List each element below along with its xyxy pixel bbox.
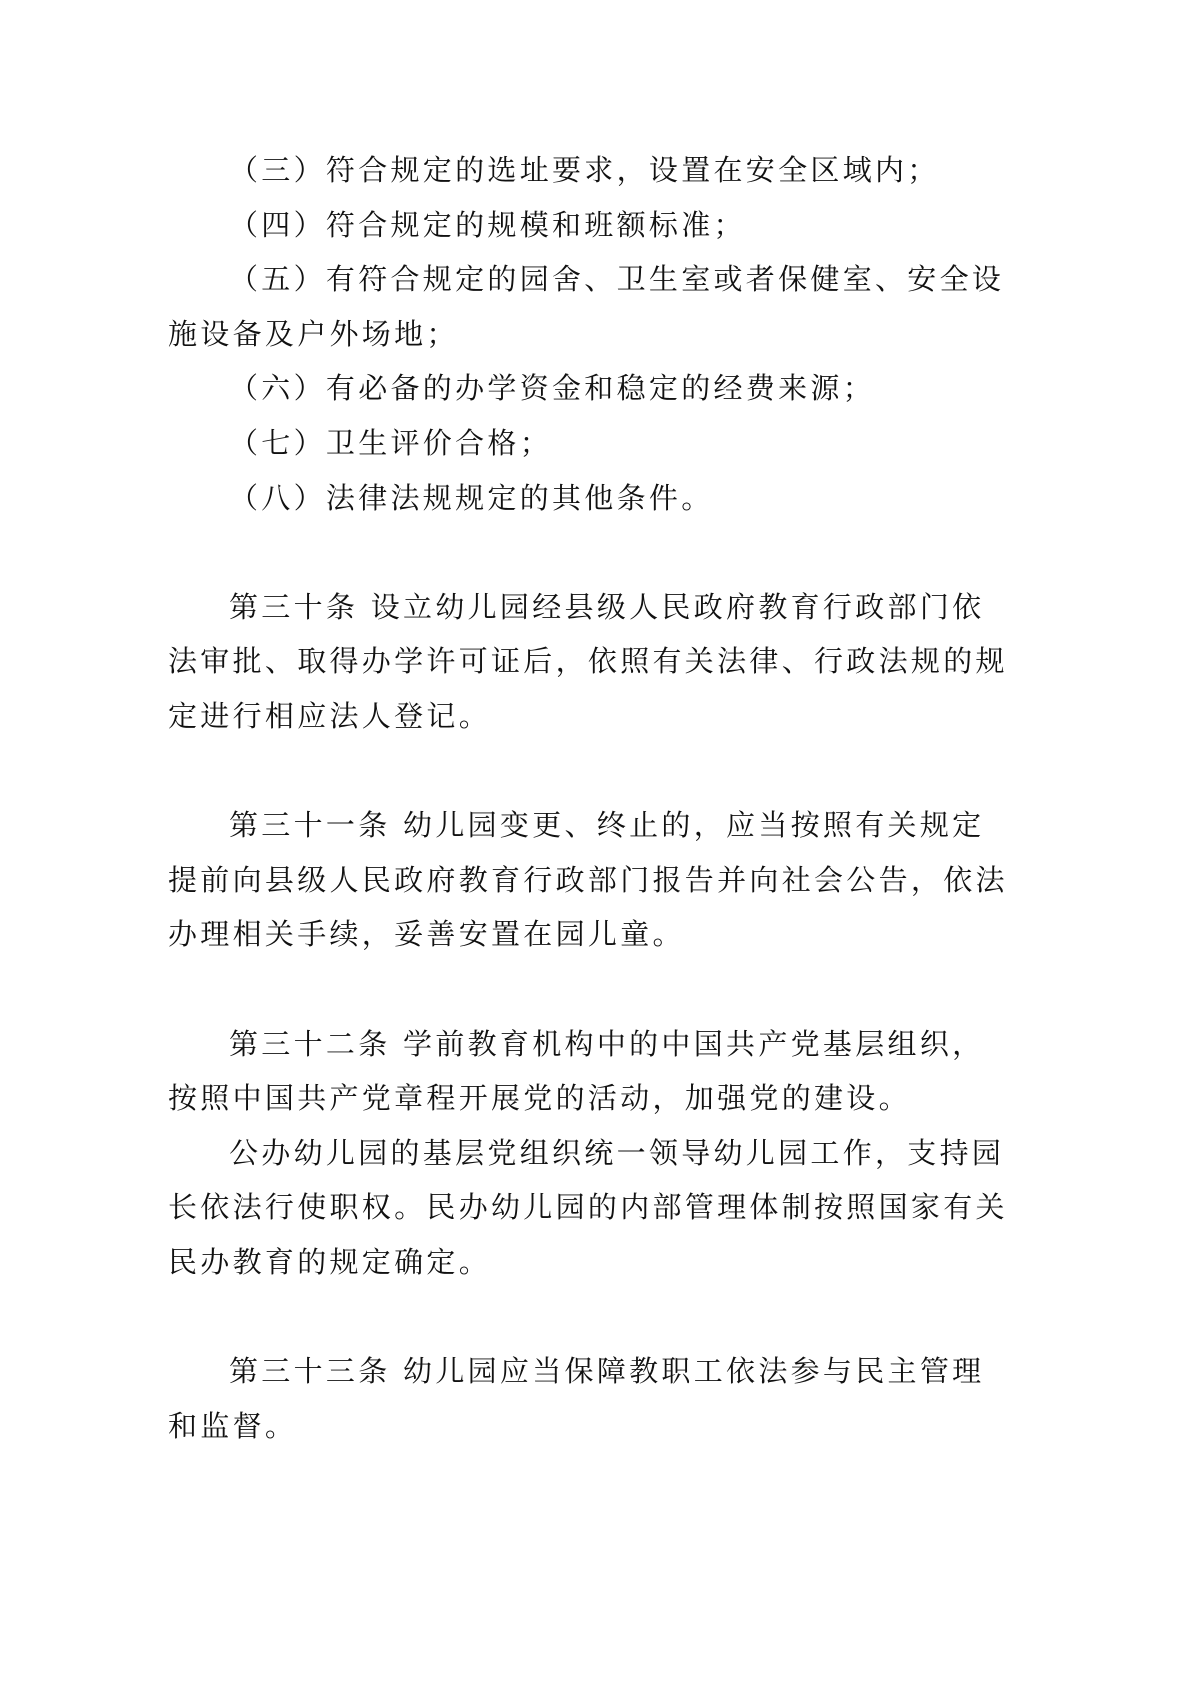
article-32-para-2-line-2: 长依法行使职权。民办幼儿园的内部管理体制按照国家有关 (168, 1180, 943, 1235)
article-33-line-2: 和监督。 (168, 1399, 943, 1454)
article-30-line-1: 第三十条 设立幼儿园经县级人民政府教育行政部门依 (168, 580, 943, 635)
article-32-line-2: 按照中国共产党章程开展党的活动，加强党的建设。 (168, 1071, 943, 1126)
article-32-line-1: 第三十二条 学前教育机构中的中国共产党基层组织， (168, 1017, 943, 1072)
item-8-line-1: （八）法律法规规定的其他条件。 (168, 471, 943, 526)
item-7-line-1: （七）卫生评价合格； (168, 416, 943, 471)
article-32-para-2-line-3: 民办教育的规定确定。 (168, 1235, 943, 1290)
article-30-line-2: 法审批、取得办学许可证后，依照有关法律、行政法规的规 (168, 634, 943, 689)
paragraph-gap (168, 962, 943, 1017)
paragraph-gap (168, 1289, 943, 1344)
article-33-line-1: 第三十三条 幼儿园应当保障教职工依法参与民主管理 (168, 1344, 943, 1399)
article-31-line-1: 第三十一条 幼儿园变更、终止的，应当按照有关规定 (168, 798, 943, 853)
item-3-line-1: （三）符合规定的选址要求，设置在安全区域内； (168, 143, 943, 198)
document-page: （三）符合规定的选址要求，设置在安全区域内； （四）符合规定的规模和班额标准； … (168, 143, 943, 1453)
article-31-line-2: 提前向县级人民政府教育行政部门报告并向社会公告，依法 (168, 853, 943, 908)
article-30-line-3: 定进行相应法人登记。 (168, 689, 943, 744)
paragraph-gap (168, 744, 943, 799)
item-6-line-1: （六）有必备的办学资金和稳定的经费来源； (168, 361, 943, 416)
article-32-para-2-line-1: 公办幼儿园的基层党组织统一领导幼儿园工作，支持园 (168, 1126, 943, 1181)
article-31-line-3: 办理相关手续，妥善安置在园儿童。 (168, 907, 943, 962)
paragraph-gap (168, 525, 943, 580)
item-4-line-1: （四）符合规定的规模和班额标准； (168, 198, 943, 253)
item-5-line-1: （五）有符合规定的园舍、卫生室或者保健室、安全设 (168, 252, 943, 307)
item-5-line-2: 施设备及户外场地； (168, 307, 943, 362)
